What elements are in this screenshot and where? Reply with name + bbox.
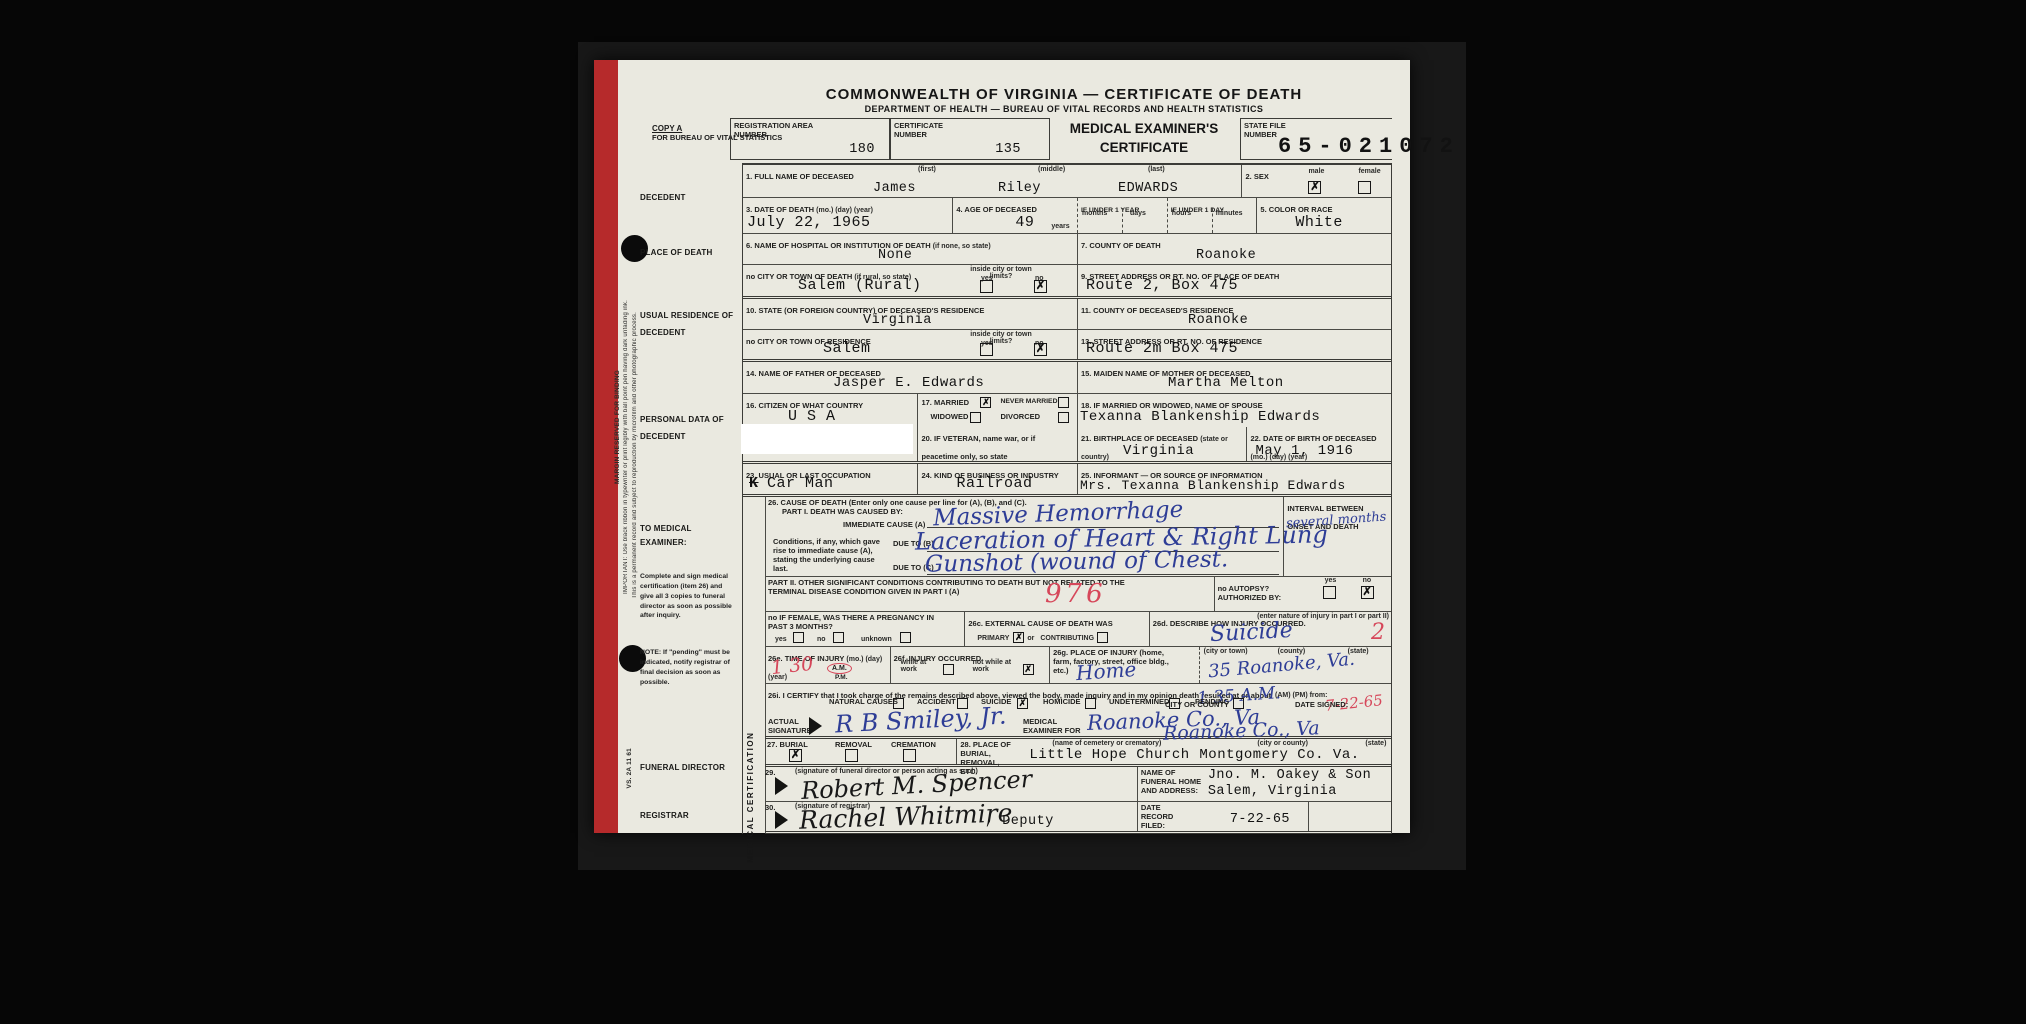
u1d-divider — [1212, 208, 1213, 233]
f26b-yes-label: yes — [775, 636, 787, 643]
f26a-yes-checkbox — [1323, 586, 1336, 599]
f26-immediate-cause-label: IMMEDIATE CAUSE (A) — [843, 520, 925, 529]
row-death-date-age-race: 3. DATE OF DEATH (mo.) (day) (year) July… — [743, 198, 1391, 234]
f17-never-married-checkbox — [1058, 397, 1069, 408]
f26d-red-note: 2 — [1371, 620, 1385, 645]
f26e-am-label: A.M. — [832, 665, 847, 672]
field-injury-location: (city or town) (county) (state) 35 Roano… — [1199, 647, 1391, 683]
f26a-yes-label: yes — [1325, 577, 1337, 584]
date-record-filed-value: 7-22-65 — [1230, 812, 1290, 827]
medical-certification-block: MEDICAL CERTIFICATION 26. CAUSE OF DEATH… — [743, 497, 1391, 834]
f23-value: Car Man — [767, 475, 834, 492]
f3-hints: (mo.) (day) (year) — [816, 207, 873, 214]
f1-no: 1. — [746, 172, 752, 181]
f3-no: 3. — [746, 205, 752, 214]
f9-value: Route 2, Box 475 — [1086, 277, 1238, 294]
f21-value: Virginia — [1123, 443, 1194, 459]
field-marital-status: 17. MARRIED ✗ NEVER MARRIED WIDOWED DIVO… — [917, 394, 1077, 427]
f17-no: 17. — [921, 398, 931, 407]
row-registrar: 30. (signature of registrar) Rachel Whit… — [765, 802, 1391, 834]
f30-no: 30. — [765, 803, 775, 812]
f26c-primary-checkbox: ✗ — [1013, 632, 1024, 643]
f20-no: 20. — [921, 434, 931, 443]
f27-cremation-label: CREMATION — [891, 740, 936, 749]
row-city-street-residence: no CITY OR TOWN OF RESIDENCE Salem insid… — [743, 330, 1391, 362]
certificate-form: 1. FULL NAME OF DECEASED (first) (middle… — [742, 163, 1392, 834]
medical-certification-vertical-label: MEDICAL CERTIFICATION — [746, 731, 755, 862]
f5-label: COLOR OR RACE — [1269, 205, 1333, 214]
f12-no: no — [746, 337, 755, 346]
f26i-natural-label: NATURAL CAUSES — [829, 697, 898, 706]
f25-value: Mrs. Texanna Blankenship Edwards — [1080, 478, 1346, 493]
f26e-pm-label: P.M. — [835, 674, 848, 682]
f27-removal-label: REMOVAL — [835, 740, 872, 749]
f11-value: Roanoke — [1188, 313, 1248, 328]
row-occupation-informant: 23. USUAL OR LAST OCCUPATION K Car Man 2… — [743, 464, 1391, 497]
field-county-of-death: 7. COUNTY OF DEATH Roanoke — [1077, 234, 1391, 264]
field-time-of-injury: 26e. TIME OF INJURY (mo.) (day) (year) 1… — [765, 647, 890, 683]
field-autopsy: no AUTOPSY? yes no ✗ AUTHORIZED BY: — [1214, 577, 1391, 611]
sidebar-registrar: REGISTRAR — [640, 808, 738, 825]
f28-state-hint: (state) — [1365, 740, 1386, 747]
field-how-injury-occurred: 26d. DESCRIBE HOW INJURY OCCURRED. (ente… — [1149, 612, 1391, 646]
f22-no: 22. — [1250, 434, 1260, 443]
f13-value: Route 2m Box 475 — [1086, 340, 1238, 357]
field-informant: 25. INFORMANT — OR SOURCE OF INFORMATION… — [1077, 464, 1391, 494]
f29-no: 29. — [765, 768, 775, 777]
field-fd-signature: 29. (signature of funeral director or pe… — [765, 767, 1137, 801]
f27-burial-label: BURIAL — [780, 740, 808, 749]
registrar-signature-handwriting: Rachel Whitmire — [799, 798, 1013, 834]
f26c-or-label: or — [1027, 635, 1034, 642]
field-spouse-name: 18. IF MARRIED OR WIDOWED, NAME OF SPOUS… — [1077, 394, 1391, 427]
certificate-number-label: CERTIFICATE NUMBER — [894, 121, 964, 139]
f26b-yes-checkbox — [793, 632, 804, 643]
city-or-county-label: CITY OR COUNTY — [1165, 700, 1229, 709]
f26i-undetermined-label: UNDETERMINED — [1109, 697, 1169, 706]
field-date-of-birth: 22. DATE OF BIRTH OF DECEASED (mo.) (day… — [1246, 427, 1391, 461]
field-city-of-death: no CITY OR TOWN OF DEATH (if rural, so s… — [743, 265, 1077, 296]
actual-signature-label: ACTUAL SIGNATURE — [768, 717, 808, 735]
margin-important-line1: IMPORTANT: Use black ribbon in typewrite… — [623, 300, 629, 594]
f1-last-hint: (last) — [1148, 166, 1165, 173]
f14-no: 14. — [746, 369, 756, 378]
row-pregnancy-external-injury: no IF FEMALE, WAS THERE A PREGNANCY IN P… — [765, 612, 1391, 647]
f2-male-label: male — [1308, 168, 1324, 175]
field-county-residence: 11. COUNTY OF DECEASED'S RESIDENCE Roano… — [1077, 299, 1391, 329]
field-veteran: 20. IF VETERAN, name war, or if peacetim… — [917, 427, 1077, 461]
f2-male-checkbox: ✗ — [1308, 181, 1321, 194]
state-file-value: 65-021072 — [1278, 134, 1460, 159]
f26c-contributing-label: CONTRIBUTING — [1040, 635, 1094, 642]
row-part2-autopsy: PART II. OTHER SIGNIFICANT CONDITIONS CO… — [765, 577, 1391, 612]
field-street-residence: 13. STREET ADDRESS OR RT. NO. OF RESIDEN… — [1077, 330, 1391, 359]
sidebar-personal-data: PERSONAL DATA OF DECEDENT — [640, 412, 738, 446]
f26e-value-handwriting: 1 30 — [770, 653, 814, 679]
field-place-of-injury: 26g. PLACE OF INJURY (home, farm, factor… — [1049, 647, 1199, 683]
f4-value: 49 — [1015, 214, 1034, 231]
field-pregnancy: no IF FEMALE, WAS THERE A PREGNANCY IN P… — [765, 612, 964, 646]
certificate-subtitle: DEPARTMENT OF HEALTH — BUREAU OF VITAL R… — [744, 104, 1384, 114]
f6-hint: (if none, so state) — [933, 243, 991, 250]
f24-value: Railroad — [956, 475, 1032, 492]
f26c-label: EXTERNAL CAUSE OF DEATH WAS — [985, 619, 1113, 628]
field-age: 4. AGE OF DECEASED 49 years — [952, 198, 1077, 233]
f12-yes-checkbox — [980, 343, 993, 356]
f26b-no: no — [768, 613, 777, 622]
field-birthplace: 21. BIRTHPLACE OF DECEASED (state or cou… — [1077, 427, 1246, 461]
f3-label: DATE OF DEATH — [754, 205, 814, 214]
f12-value: Salem — [823, 340, 871, 357]
f15-no: 15. — [1081, 369, 1091, 378]
f1-middle-value: Riley — [998, 181, 1041, 196]
field-date-of-death: 3. DATE OF DEATH (mo.) (day) (year) July… — [743, 198, 952, 233]
certificate-number-value: 135 — [995, 142, 1021, 157]
f3-value: July 22, 1965 — [747, 214, 871, 231]
row-funeral-director: 29. (signature of funeral director or pe… — [765, 767, 1391, 802]
f17-married-label: MARRIED — [934, 398, 969, 407]
f14-value: Jasper E. Edwards — [833, 375, 984, 391]
field-external-cause: 26c. EXTERNAL CAUSE OF DEATH WAS PRIMARY… — [964, 612, 1148, 646]
f8-yes-checkbox — [980, 280, 993, 293]
f1-middle-hint: (middle) — [1038, 166, 1065, 173]
row-burial-place: 27. BURIAL REMOVAL CREMATION ✗ 28. PLACE… — [765, 739, 1391, 767]
f7-label: COUNTY OF DEATH — [1089, 241, 1160, 250]
f26-conditions-label: Conditions, if any, which gave rise to i… — [773, 537, 881, 573]
f26a-authorized-label: AUTHORIZED BY: — [1218, 593, 1282, 602]
f27-burial-checkbox: ✗ — [789, 749, 802, 762]
part2-red-code: 976 — [1045, 579, 1107, 609]
death-certificate-document: MARGIN RESERVED FOR BINDING IMPORTANT: U… — [594, 60, 1410, 833]
f8-no: no — [746, 272, 755, 281]
f26a-no: no — [1218, 584, 1227, 593]
f15-value: Martha Melton — [1168, 375, 1284, 391]
f7-value: Roanoke — [1196, 248, 1256, 263]
sidebar-place-of-death: PLACE OF DEATH — [640, 245, 738, 262]
f10-value: Virginia — [863, 313, 932, 328]
f17-widowed-label: WIDOWED — [930, 412, 968, 421]
f11-no: 11. — [1081, 306, 1091, 315]
field-disposition: 27. BURIAL REMOVAL CREMATION ✗ — [765, 739, 956, 764]
signature-arrow-icon — [809, 717, 822, 735]
certificate-title: COMMONWEALTH OF VIRGINIA — CERTIFICATE O… — [744, 86, 1384, 103]
fd-signature-arrow-icon — [775, 777, 788, 795]
f26b-no-label: no — [817, 636, 826, 643]
f23-strikeover: K — [749, 475, 759, 492]
f2-female-checkbox — [1358, 181, 1371, 194]
f6-value: None — [878, 248, 912, 263]
f26f-while-label: while at work — [901, 659, 935, 673]
f26i-homicide-checkbox — [1085, 698, 1096, 709]
certificate-number-box: CERTIFICATE NUMBER 135 — [890, 118, 1050, 160]
f22-value: May 1, 1916 — [1255, 443, 1353, 459]
f26i-suicide-checkbox: ✗ — [1017, 698, 1028, 709]
f26-part1-label: PART I. DEATH WAS CAUSED BY: — [768, 507, 903, 516]
f17-never-married-label: NEVER MARRIED — [1000, 398, 1057, 406]
f16-no: 16. — [746, 401, 756, 410]
field-funeral-home: NAME OF FUNERAL HOME AND ADDRESS: Jno. M… — [1137, 767, 1391, 801]
field-place-of-burial: 28. PLACE OF BURIAL, REMOVAL, ETC. (name… — [956, 739, 1391, 764]
field-me-signature: ACTUAL SIGNATURE R B Smiley, Jr. MEDICAL… — [765, 714, 1391, 736]
registration-area-box: REGISTRATION AREA NUMBER 180 — [730, 118, 890, 160]
f20-label: IF VETERAN, name war, or if peacetime on… — [921, 434, 1035, 461]
f27-no: 27. — [767, 740, 777, 749]
top-info-row: COPY A FOR BUREAU OF VITAL STATISTICS RE… — [640, 118, 1392, 160]
me-title-line1: MEDICAL EXAMINER'S — [1070, 121, 1218, 136]
f8-no-checkbox: ✗ — [1034, 280, 1047, 293]
f28-no: 28. — [960, 740, 970, 749]
row-veteran-birthplace-dob: 20. IF VETERAN, name war, or if peacetim… — [743, 427, 1391, 464]
f26b-unknown-label: unknown — [861, 636, 892, 643]
f17-married-checkbox: ✗ — [980, 397, 991, 408]
f8-limits-label: inside city or town limits? — [961, 266, 1041, 280]
funeral-home-label: NAME OF FUNERAL HOME AND ADDRESS: — [1141, 768, 1203, 795]
u1y-days-label: days — [1130, 210, 1146, 217]
field-injury-occurred: 26f. INJURY OCCURRED while at work not w… — [890, 647, 1049, 683]
f26i-no: 26i. — [768, 691, 781, 700]
f21-no: 21. — [1081, 434, 1091, 443]
f4-no: 4. — [956, 205, 962, 214]
f26a-no-label: no — [1363, 577, 1372, 584]
f26d-value-handwriting: Suicide — [1209, 618, 1293, 647]
form-number: VS. 2A 11 61 — [626, 748, 633, 788]
f4-label: AGE OF DECEASED — [964, 205, 1037, 214]
field-industry: 24. KIND OF BUSINESS OR INDUSTRY Railroa… — [917, 464, 1077, 494]
f2-label: SEX — [1254, 172, 1269, 181]
f18-value: Texanna Blankenship Edwards — [1080, 409, 1320, 425]
f27-cremation-checkbox — [903, 749, 916, 762]
f26a-no-checkbox: ✗ — [1361, 586, 1374, 599]
f6-no: 6. — [746, 241, 752, 250]
u1y-months-label: months — [1082, 210, 1107, 217]
row-time-place-of-injury: 26e. TIME OF INJURY (mo.) (day) (year) 1… — [765, 647, 1391, 684]
field-hospital: 6. NAME OF HOSPITAL OR INSTITUTION OF DE… — [743, 234, 1077, 264]
f26c-primary-label: PRIMARY — [977, 635, 1009, 642]
f26f-while-checkbox — [943, 664, 954, 675]
f26-no: 26. — [768, 498, 778, 507]
f28-city-hint: (city or county) — [1257, 740, 1308, 747]
f17-divorced-checkbox — [1058, 412, 1069, 423]
copy-label: COPY A — [652, 124, 682, 133]
f26c-contributing-checkbox — [1097, 632, 1108, 643]
redaction-box — [741, 424, 913, 454]
row-state-county-residence: 10. STATE (OR FOREIGN COUNTRY) OF DECEAS… — [743, 299, 1391, 330]
field-full-name: 1. FULL NAME OF DECEASED (first) (middle… — [743, 165, 1241, 197]
f26b-unknown-checkbox — [900, 632, 911, 643]
field-sex: 2. SEX male female ✗ — [1241, 165, 1391, 197]
f26b-label: IF FEMALE, WAS THERE A PREGNANCY IN PAST… — [768, 613, 934, 631]
field-registrar-signature: 30. (signature of registrar) Rachel Whit… — [765, 802, 1137, 831]
f27-removal-checkbox — [845, 749, 858, 762]
registrar-title-suffix: , Deputy — [985, 814, 1054, 829]
f1-label: FULL NAME OF DECEASED — [754, 172, 853, 181]
field-occupation: 23. USUAL OR LAST OCCUPATION K Car Man — [743, 464, 917, 494]
medical-certification-strip: MEDICAL CERTIFICATION — [743, 497, 766, 834]
field-color-or-race: 5. COLOR OR RACE White — [1256, 198, 1391, 233]
f2-no: 2. — [1245, 172, 1251, 181]
f24-no: 24. — [921, 471, 931, 480]
cause-c-handwriting: Gunshot (wound of Chest. — [925, 546, 1229, 577]
date-record-filed-label: DATE RECORD FILED: — [1141, 803, 1193, 830]
f26h-city-hint: (city or town) — [1204, 648, 1248, 655]
sidebar-decedent: DECEDENT — [640, 190, 738, 207]
registration-area-label: REGISTRATION AREA NUMBER — [734, 121, 814, 139]
f17-divorced-label: DIVORCED — [1000, 412, 1040, 421]
f22-label: DATE OF BIRTH OF DECEASED — [1263, 434, 1377, 443]
row-name-sex: 1. FULL NAME OF DECEASED (first) (middle… — [743, 165, 1391, 198]
f26c-no: 26c. — [968, 619, 983, 628]
f26b-no-checkbox — [833, 632, 844, 643]
field-citizen: 16. CITIZEN OF WHAT COUNTRY U S A — [743, 394, 917, 427]
sidebar-to-medical-examiner: TO MEDICAL EXAMINER: — [640, 522, 738, 551]
field-part2-conditions: PART II. OTHER SIGNIFICANT CONDITIONS CO… — [765, 577, 1214, 611]
f5-value: White — [1295, 214, 1343, 231]
f1-first-hint: (first) — [918, 166, 936, 173]
f28-city-value: Montgomery Co. Va. — [1199, 747, 1359, 763]
f12-limits-label: inside city or town limits? — [961, 331, 1041, 345]
me-for-label: MEDICAL EXAMINER FOR — [1023, 717, 1083, 735]
field-mother-name: 15. MAIDEN NAME OF MOTHER OF DECEASED Ma… — [1077, 362, 1391, 393]
filed-cell-divider — [1308, 802, 1309, 831]
f5-no: 5. — [1260, 205, 1266, 214]
u1y-divider — [1122, 208, 1123, 233]
sidebar-usual-residence: USUAL RESIDENCE OF DECEDENT — [640, 308, 738, 342]
margin-binding-text: MARGIN RESERVED FOR BINDING — [614, 370, 621, 484]
row-city-street-death: no CITY OR TOWN OF DEATH (if rural, so s… — [743, 265, 1391, 299]
row-cause-of-death: 26. CAUSE OF DEATH (Enter only one cause… — [765, 497, 1391, 577]
sidebar-funeral-director: FUNERAL DIRECTOR — [640, 760, 738, 777]
funeral-home-line2: Salem, Virginia — [1208, 784, 1337, 799]
row-hospital-county: 6. NAME OF HOSPITAL OR INSTITUTION OF DE… — [743, 234, 1391, 265]
f17-widowed-checkbox — [970, 412, 981, 423]
margin-important-line2: This is a permanent record and subject t… — [632, 312, 638, 599]
field-street-of-death: 9. STREET ADDRESS OR RT. NO. OF PLACE OF… — [1077, 265, 1391, 296]
field-interval-onset-death: INTERVAL BETWEEN ONSET AND DEATH several… — [1283, 497, 1391, 576]
field-father-name: 14. NAME OF FATHER OF DECEASED Jasper E.… — [743, 362, 1077, 393]
field-city-residence: no CITY OR TOWN OF RESIDENCE Salem insid… — [743, 330, 1077, 359]
funeral-home-line1: Jno. M. Oakey & Son — [1208, 768, 1371, 783]
f2-female-label: female — [1358, 168, 1380, 175]
field-state-residence: 10. STATE (OR FOREIGN COUNTRY) OF DECEAS… — [743, 299, 1077, 329]
f26f-not-while-label: not while at work — [973, 659, 1013, 673]
field-date-record-filed: DATE RECORD FILED: 7-22-65 — [1137, 802, 1391, 831]
f26i-homicide-label: HOMICIDE — [1043, 697, 1081, 706]
f26g-value-handwriting: Home — [1075, 657, 1137, 685]
me-title-line2: CERTIFICATE — [1100, 140, 1188, 155]
u1d-hours-label: hours — [1172, 210, 1191, 217]
sidebar-me-instructions: Complete and sign medical certification … — [640, 572, 736, 621]
f10-no: 10. — [746, 306, 756, 315]
f26d-no: 26d. — [1153, 619, 1168, 628]
sidebar-me-note: NOTE: If "pending" must be indicated, no… — [640, 648, 736, 687]
f1-last-value: EDWARDS — [1118, 181, 1178, 196]
f4-unit: years — [1051, 223, 1069, 230]
f16-value: U S A — [788, 408, 836, 425]
f12-no-checkbox: ✗ — [1034, 343, 1047, 356]
registration-area-value: 180 — [849, 142, 875, 157]
f26i-ampm-from-label: (AM) (PM) from: — [1275, 692, 1328, 699]
row-father-mother: 14. NAME OF FATHER OF DECEASED Jasper E.… — [743, 362, 1391, 394]
f28-hint: (name of cemetery or crematory) — [1052, 740, 1161, 747]
row-citizen-married-spouse: 16. CITIZEN OF WHAT COUNTRY U S A 17. MA… — [743, 394, 1391, 427]
f26g-no: 26g. — [1053, 648, 1068, 657]
field-cause-of-death: 26. CAUSE OF DEATH (Enter only one cause… — [765, 497, 1283, 576]
f7-no: 7. — [1081, 241, 1087, 250]
field-if-under-1-year: IF UNDER 1 YEAR months days — [1077, 198, 1167, 233]
f1-first-value: James — [873, 181, 916, 196]
f26e-am-circled: A.M. — [827, 663, 852, 674]
f26f-not-while-checkbox: ✗ — [1023, 664, 1034, 675]
field-redacted — [743, 427, 917, 461]
f28-value: Little Hope Church — [1029, 747, 1189, 763]
medical-examiners-certificate-title: MEDICAL EXAMINER'S CERTIFICATE — [1054, 120, 1234, 158]
field-if-under-1-day: IF UNDER 1 DAY hours minutes — [1167, 198, 1257, 233]
f26a-label: AUTOPSY? — [1229, 584, 1270, 593]
date-signed-label: DATE SIGNED: — [1295, 700, 1348, 709]
row-me-signature: ACTUAL SIGNATURE R B Smiley, Jr. MEDICAL… — [765, 714, 1391, 739]
f21-label: BIRTHPLACE OF DECEASED — [1094, 434, 1199, 443]
f8-value: Salem (Rural) — [798, 277, 922, 294]
registrar-signature-arrow-icon — [775, 811, 788, 829]
u1d-minutes-label: minutes — [1216, 210, 1243, 217]
